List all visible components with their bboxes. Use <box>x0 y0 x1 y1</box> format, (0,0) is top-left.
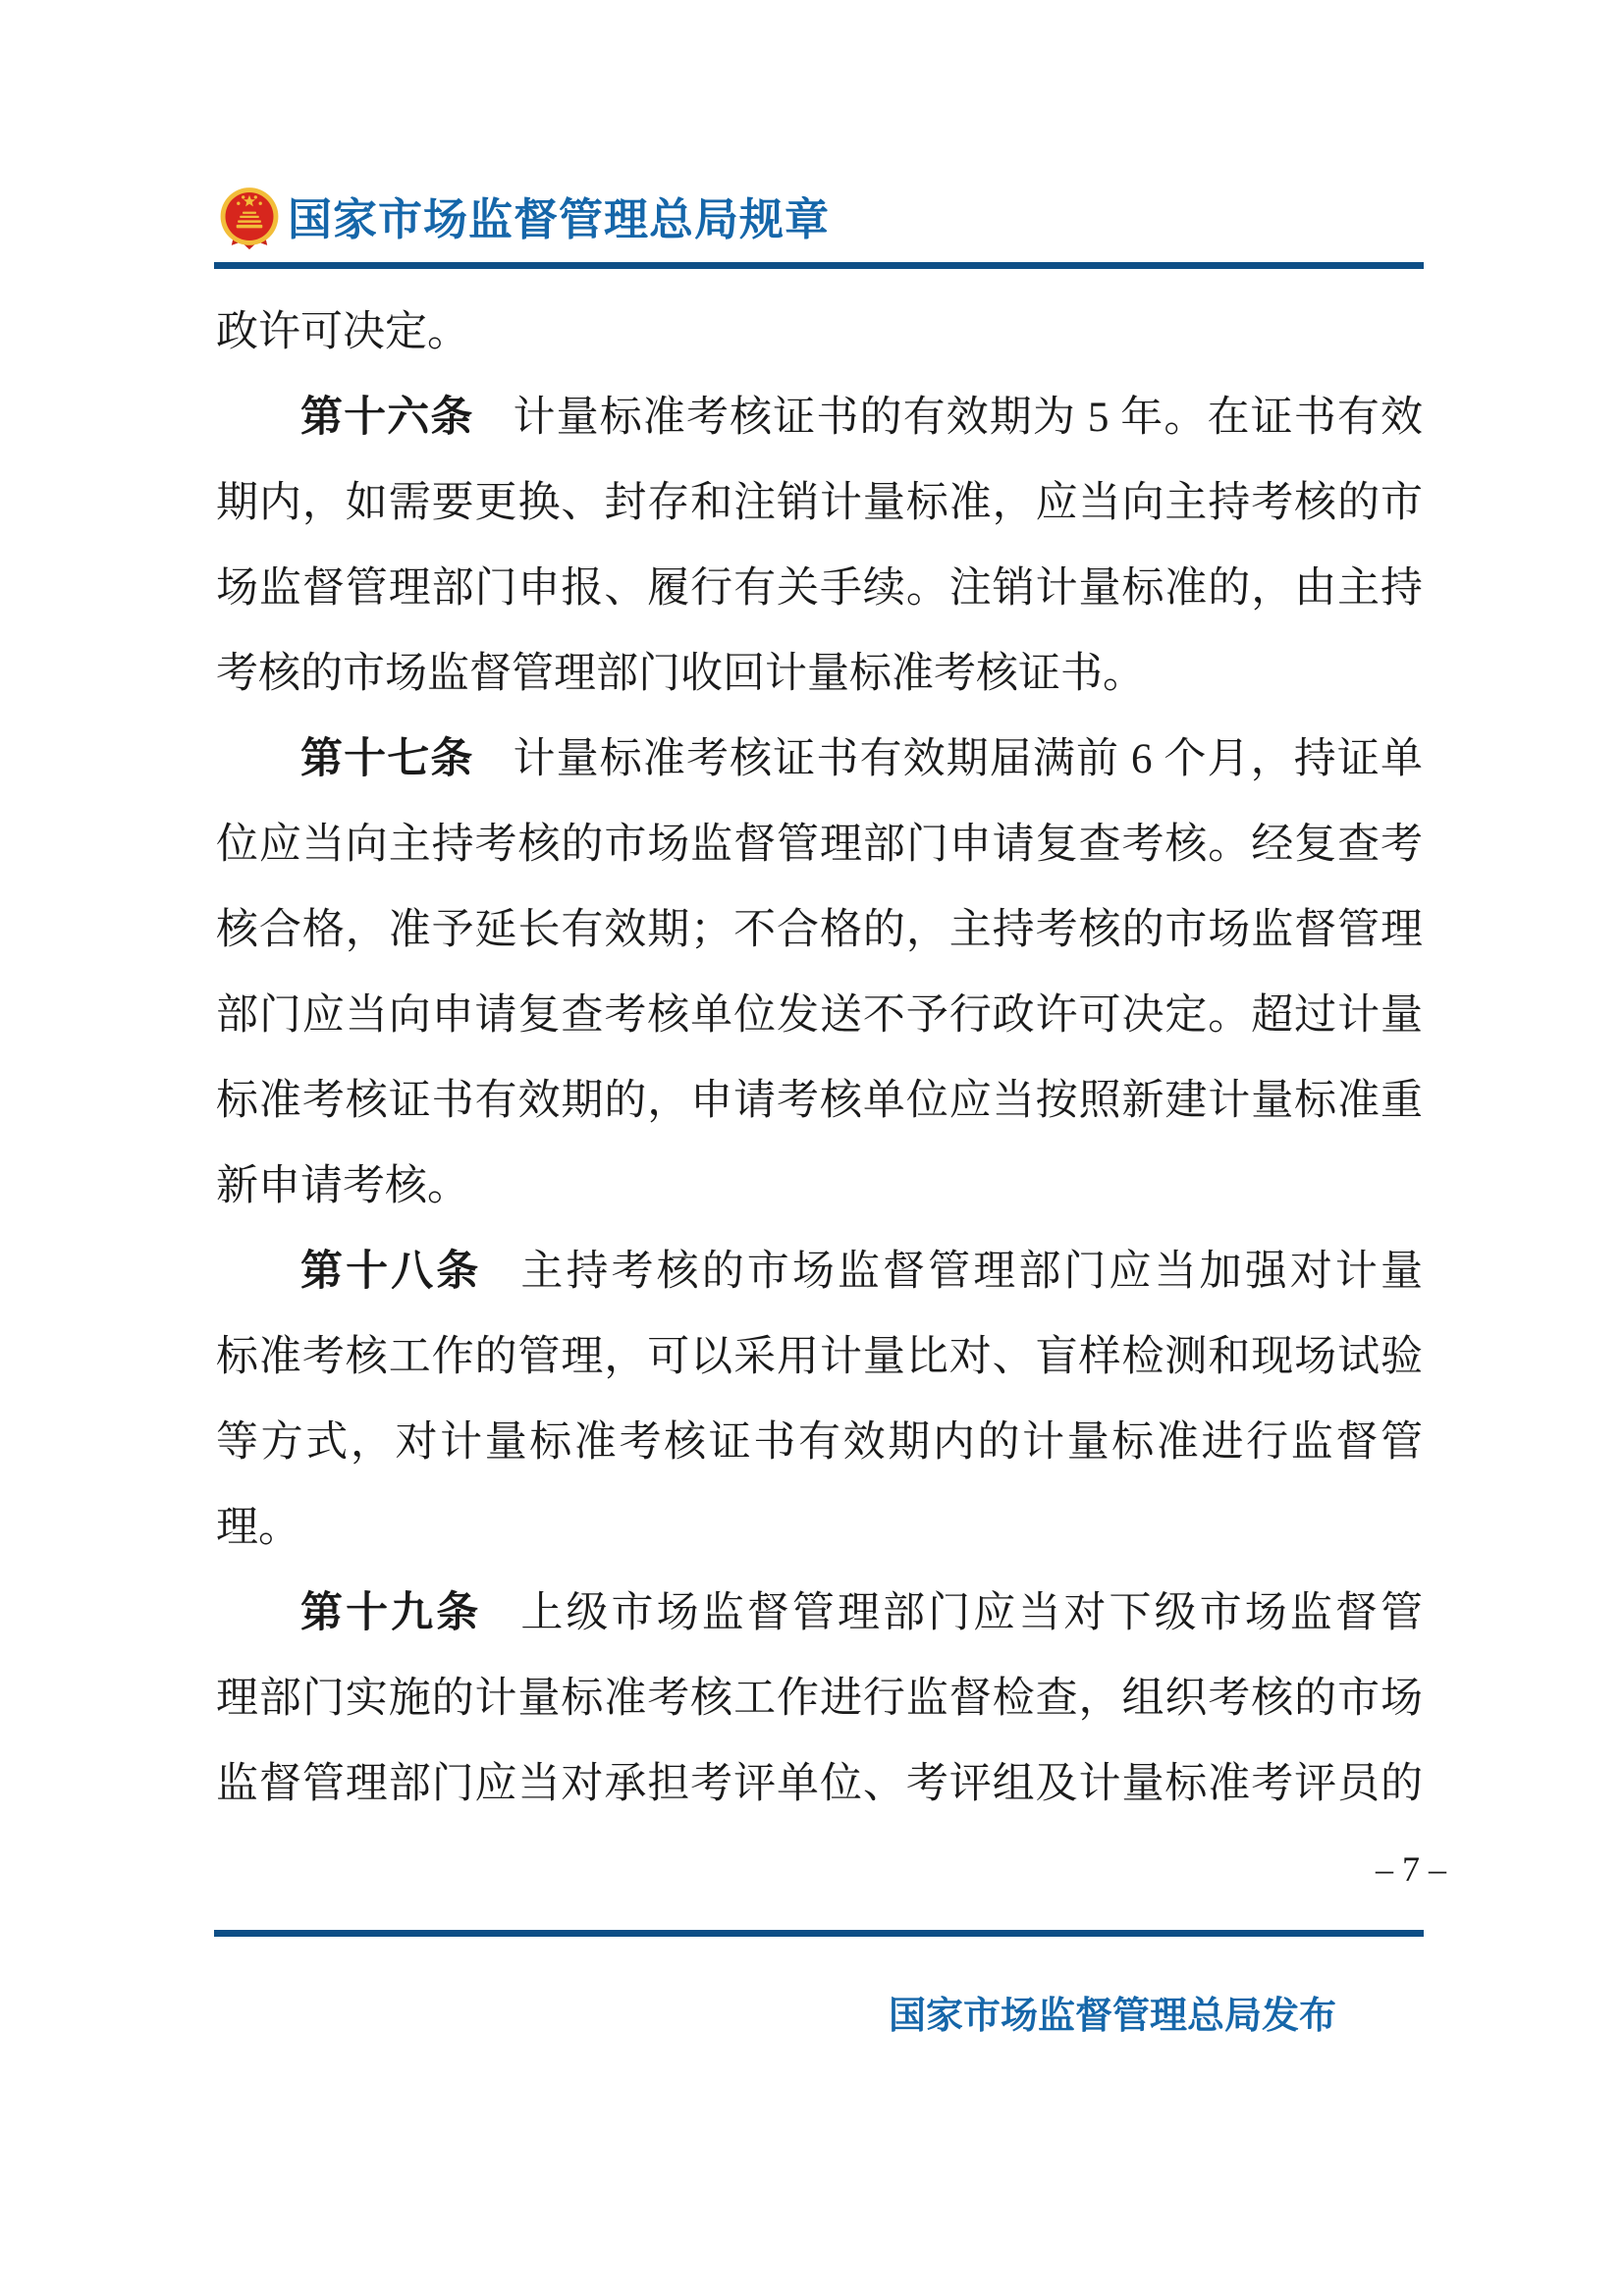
article-number: 第十七条 <box>300 735 473 782</box>
body-line-text: 上级市场监督管理部门应当对下级市场监督管 <box>520 1590 1423 1636</box>
national-emblem-icon <box>215 185 284 255</box>
body-line-text: 理。 <box>216 1505 300 1551</box>
page-title: 国家市场监督管理总局规章 <box>288 186 830 254</box>
body-line: 部门应当向申请复查考核单位发送不予行政许可决定。超过计量 <box>216 973 1423 1058</box>
article-number: 第十八条 <box>300 1248 481 1295</box>
body-line: 期内，如需要更换、封存和注销计量标准，应当向主持考核的市 <box>216 460 1423 546</box>
body-line-text: 标准考核工作的管理，可以采用计量比对、盲样检测和现场试验 <box>216 1334 1423 1380</box>
body-line-text: 主持考核的市场监督管理部门应当加强对计量 <box>520 1249 1423 1295</box>
body-line: 政许可决定。 <box>216 290 1423 375</box>
body-line-text: 考核的市场监督管理部门收回计量标准考核证书。 <box>216 651 1145 697</box>
header-rule <box>214 262 1424 269</box>
body-line: 监督管理部门应当对承担考评单位、考评组及计量标准考评员的 <box>216 1741 1423 1827</box>
article-number: 第十九条 <box>300 1589 481 1636</box>
body-line: 考核的市场监督管理部门收回计量标准考核证书。 <box>216 631 1423 717</box>
page-number: – 7 – <box>1376 1847 1446 1891</box>
body-line: 第十八条主持考核的市场监督管理部门应当加强对计量 <box>216 1229 1423 1314</box>
body-line: 位应当向主持考核的市场监督管理部门申请复查考核。经复查考 <box>216 802 1423 887</box>
body-line: 理部门实施的计量标准考核工作进行监督检查，组织考核的市场 <box>216 1656 1423 1741</box>
body-line-text: 计量标准考核证书有效期届满前 6 个月，持证单 <box>513 736 1423 782</box>
body-line-text: 标准考核证书有效期的，申请考核单位应当按照新建计量标准重 <box>216 1078 1423 1124</box>
body-line-text: 部门应当向申请复查考核单位发送不予行政许可决定。超过计量 <box>216 992 1423 1039</box>
body-line: 新申请考核。 <box>216 1144 1423 1229</box>
article-number: 第十六条 <box>300 394 473 441</box>
body-line-text: 核合格，准予延长有效期；不合格的，主持考核的市场监督管理 <box>216 907 1423 953</box>
body-line: 标准考核证书有效期的，申请考核单位应当按照新建计量标准重 <box>216 1058 1423 1144</box>
document-body: 政许可决定。第十六条计量标准考核证书的有效期为 5 年。在证书有效期内，如需要更… <box>216 290 1423 1827</box>
body-line-text: 场监督管理部门申报、履行有关手续。注销计量标准的，由主持 <box>216 565 1423 612</box>
body-line: 场监督管理部门申报、履行有关手续。注销计量标准的，由主持 <box>216 546 1423 631</box>
body-line-text: 理部门实施的计量标准考核工作进行监督检查，组织考核的市场 <box>216 1676 1423 1722</box>
body-line: 标准考核工作的管理，可以采用计量比对、盲样检测和现场试验 <box>216 1314 1423 1400</box>
body-line: 第十六条计量标准考核证书的有效期为 5 年。在证书有效 <box>216 375 1423 460</box>
publisher-label: 国家市场监督管理总局发布 <box>889 1992 1336 2041</box>
body-line: 第十九条上级市场监督管理部门应当对下级市场监督管 <box>216 1571 1423 1656</box>
body-line: 核合格，准予延长有效期；不合格的，主持考核的市场监督管理 <box>216 887 1423 973</box>
body-line-text: 位应当向主持考核的市场监督管理部门申请复查考核。经复查考 <box>216 822 1423 868</box>
page-header: 国家市场监督管理总局规章 <box>215 185 830 255</box>
body-line-text: 计量标准考核证书的有效期为 5 年。在证书有效 <box>513 395 1423 441</box>
body-line: 等方式，对计量标准考核证书有效期内的计量标准进行监督管 <box>216 1400 1423 1485</box>
body-line-text: 等方式，对计量标准考核证书有效期内的计量标准进行监督管 <box>216 1419 1423 1466</box>
body-line: 第十七条计量标准考核证书有效期届满前 6 个月，持证单 <box>216 717 1423 802</box>
body-line-text: 新申请考核。 <box>216 1163 469 1209</box>
body-line-text: 政许可决定。 <box>216 309 469 355</box>
body-line-text: 期内，如需要更换、封存和注销计量标准，应当向主持考核的市 <box>216 480 1423 526</box>
body-line-text: 监督管理部门应当对承担考评单位、考评组及计量标准考评员的 <box>216 1761 1423 1807</box>
footer-rule <box>214 1930 1424 1937</box>
body-line: 理。 <box>216 1485 1423 1571</box>
document-page: { "colors": { "accent_blue": "#1566a9", … <box>0 0 1624 2296</box>
